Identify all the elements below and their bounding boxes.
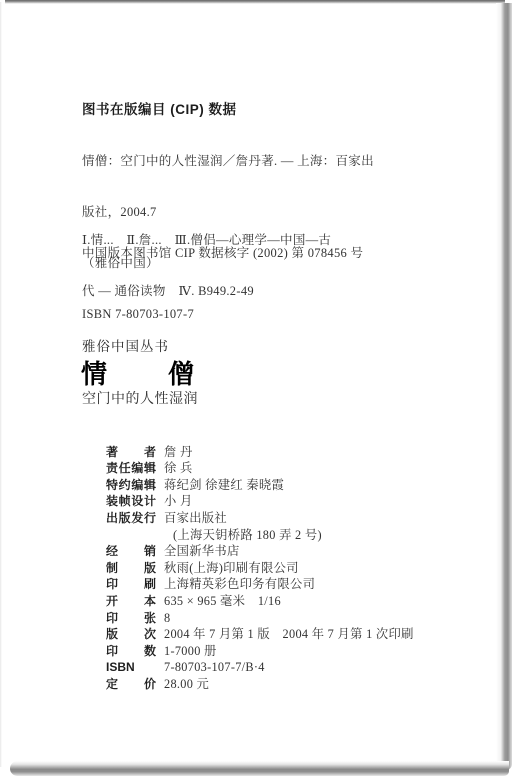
colophon: 著者詹 丹 责任编辑徐 兵 特约编辑蒋纪剑 徐建红 秦晓霞 装帧设计小 月 出版…	[82, 427, 462, 676]
cip-header: 图书在版编目 (CIP) 数据	[82, 98, 237, 118]
colophon-label: 制版	[106, 560, 156, 577]
page-edge-shadow-bottom	[10, 761, 509, 776]
colophon-value: 百家出版社	[164, 511, 227, 525]
colophon-label: ISBN	[106, 659, 156, 676]
colophon-label: 印刷	[106, 576, 156, 593]
book-title: 情 僧	[81, 354, 197, 391]
colophon-label: 印数	[106, 643, 156, 660]
colophon-label: 特约编辑	[106, 477, 156, 494]
colophon-value: 2004 年 7 月第 1 版 2004 年 7 月第 1 次印刷	[164, 627, 414, 641]
cip-line: 情僧：空门中的人性湿润／詹丹著. — 上海：百家出	[82, 153, 442, 170]
colophon-value: 詹 丹	[164, 445, 193, 459]
colophon-label: 经销	[106, 543, 156, 560]
colophon-value: 蒋纪剑 徐建红 秦晓霞	[164, 478, 284, 492]
page-edge-shadow-right	[496, 3, 512, 770]
classification-line: 代 — 通俗读物 Ⅳ. B949.2-49	[82, 283, 442, 300]
colophon-value: 28.00 元	[164, 677, 209, 691]
colophon-value: 小 月	[164, 494, 193, 508]
colophon-label: 定价	[106, 676, 156, 693]
page-edge-shadow-left	[0, 2, 2, 767]
colophon-label: 装帧设计	[106, 493, 156, 510]
colophon-value: 8	[164, 611, 170, 625]
colophon-label: 印张	[106, 610, 156, 627]
colophon-value: 全国新华书店	[164, 544, 240, 558]
colophon-label: 版次	[106, 626, 156, 643]
cip-classification: Ⅰ.情... Ⅱ.詹... Ⅲ.僧侣—心理学—中国—古 代 — 通俗读物 Ⅳ. …	[82, 198, 442, 334]
page-edge-shadow-top	[5, 0, 505, 4]
colophon-label: 责任编辑	[106, 460, 156, 477]
colophon-value: 徐 兵	[164, 461, 193, 475]
colophon-value: 1-7000 册	[164, 644, 217, 658]
colophon-label: 开本	[106, 593, 156, 610]
book-copyright-page: 图书在版编目 (CIP) 数据 情僧：空门中的人性湿润／詹丹著. — 上海：百家…	[0, 0, 512, 779]
colophon-value: 上海精英彩色印务有限公司	[164, 577, 315, 591]
colophon-row: 著者詹 丹	[82, 427, 462, 444]
series-name: 雅俗中国丛书	[82, 335, 169, 355]
colophon-value: 635 × 965 毫米 1/16	[164, 594, 281, 608]
colophon-label: 出版发行	[106, 510, 156, 527]
colophon-value: (上海天钥桥路 180 弄 2 号)	[173, 528, 322, 542]
cip-record-number: 中国版本图书馆 CIP 数据核字 (2002) 第 078456 号	[82, 243, 363, 261]
colophon-label: 著者	[106, 444, 156, 461]
book-subtitle: 空门中的人性湿润	[82, 388, 198, 408]
colophon-value: 7-80703-107-7/B·4	[164, 660, 265, 674]
colophon-value: 秋雨(上海)印刷有限公司	[164, 561, 299, 575]
